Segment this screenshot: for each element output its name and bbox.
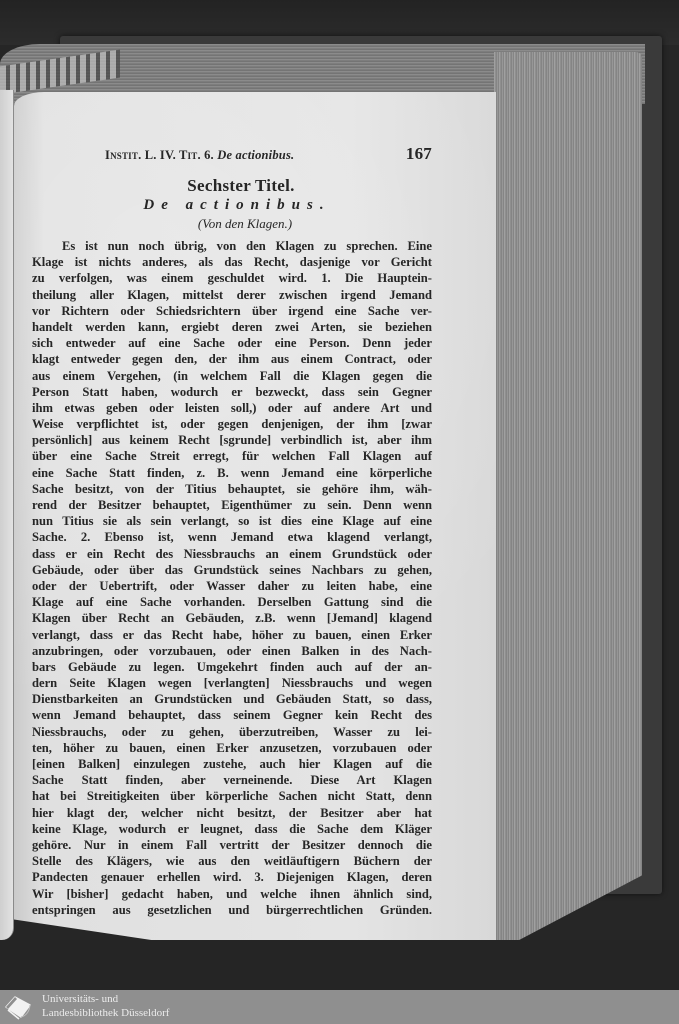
body-line: persönlich] aus keinem Recht [sgrunde] v… <box>32 432 432 448</box>
body-line: Niessbrauchs, oder zu gehen, überzutreib… <box>32 724 432 740</box>
body-line: Klage auf eine Sache vorhanden. Derselbe… <box>32 594 432 610</box>
body-line: Wir [bisher] gedacht haben, und welche i… <box>32 886 432 902</box>
body-line: Sache Statt finden, aber verneinende. Di… <box>32 772 432 788</box>
body-line: Klagen über Recht an Gebäuden, z.B. wenn… <box>32 610 432 626</box>
body-line: theilung aller Klagen, mittelst derer zw… <box>32 287 432 303</box>
body-line: dern Seite Klagen wegen [verlangten] Nie… <box>32 675 432 691</box>
body-line: bars Gebäude zu legen. Umgekehrt finden … <box>32 659 432 675</box>
body-line: ihm etwas geben oder leisten soll,) oder… <box>32 400 432 416</box>
body-line: Gebäude, oder über das Grundstück seines… <box>32 562 432 578</box>
scanned-book-image: Instit. L. IV. Tit. 6. De actionibus. 16… <box>0 0 679 990</box>
body-line: [einen Balken] einzulegen zustehe, auch … <box>32 756 432 772</box>
body-line: verlangt, dass er das Recht habe, höher … <box>32 627 432 643</box>
body-line: vor Richtern oder Schiedsrichtern über i… <box>32 303 432 319</box>
body-line: Dienstbarkeiten an Grundstücken und Gebä… <box>32 691 432 707</box>
body-line: Weise verpflichtet ist, oder gegen denje… <box>32 416 432 432</box>
body-line: keine Klage, wodurch er leugnet, dass di… <box>32 821 432 837</box>
previous-page-edge <box>0 90 14 940</box>
body-line: wenn Jemand behauptet, dass seinem Gegne… <box>32 707 432 723</box>
library-name-line1: Universitäts- und <box>42 993 118 1006</box>
body-text: Es ist nun noch übrig, von den Klagen zu… <box>32 238 432 918</box>
body-line: Person Statt haben, wodurch er bezweckt,… <box>32 384 432 400</box>
right-page-stack <box>494 52 642 947</box>
body-line: zu verfolgen, was einem geschuldet wird.… <box>32 270 432 286</box>
body-line: Stelle des Klägers, wie aus den weitläuf… <box>32 853 432 869</box>
body-line: hier klagt der, welcher nicht besitzt, d… <box>32 805 432 821</box>
body-line: eine Sache Statt finden, z. B. wenn Jema… <box>32 465 432 481</box>
open-book-icon <box>3 993 33 1021</box>
german-subtitle: (Von den Klagen.) <box>32 216 432 232</box>
body-line: handelt werden kann, ergiebt deren zwei … <box>32 319 432 335</box>
body-line: anzubringen, oder vorzubauen, oder einen… <box>32 643 432 659</box>
body-line: über eine Sache Streit erregt, für welch… <box>32 448 432 464</box>
body-line: hat bei Streitigkeiten über körperliche … <box>32 788 432 804</box>
body-line: sich entweder auf eine Sache oder eine P… <box>32 335 432 351</box>
page-content: Instit. L. IV. Tit. 6. De actionibus. 16… <box>32 144 432 918</box>
body-line: ten, höher zu bauen, einen Erker anzuset… <box>32 740 432 756</box>
bottom-shadow <box>0 940 679 990</box>
body-line: Pandecten genauer erhellen wird. 3. Diej… <box>32 869 432 885</box>
library-name-line2: Landesbibliothek Düsseldorf <box>42 1007 169 1020</box>
book-page: Instit. L. IV. Tit. 6. De actionibus. 16… <box>14 92 496 954</box>
body-line: gehöre. Nur in einem Fall vertritt der B… <box>32 837 432 853</box>
body-line: dass er ein Recht des Niessbrauchs an ei… <box>32 546 432 562</box>
running-head-title: Instit. L. IV. Tit. 6. De actionibus. <box>105 148 294 163</box>
latin-title: De actionibus. <box>32 197 432 214</box>
body-line: entspringen aus gesetzlichen und bürgerr… <box>32 902 432 918</box>
body-line: Sache besitzt, von der Titius behauptet,… <box>32 481 432 497</box>
body-line: aus einem Vergehen, (in welchem Fall die… <box>32 368 432 384</box>
running-head-caps: Instit. L. IV. Tit. 6. <box>105 148 214 162</box>
body-line: rend der Besitzer behauptet, Eigenthümer… <box>32 497 432 513</box>
chapter-title: Sechster Titel. <box>32 176 432 196</box>
body-line: klagt entweder gegen den, der ihm aus ei… <box>32 351 432 367</box>
running-head-italic: De actionibus. <box>217 148 294 162</box>
page-number: 167 <box>406 144 432 164</box>
body-line: Sache. 2. Ebenso ist, wenn Jemand etwa k… <box>32 529 432 545</box>
body-line: Klage ist nichts anderes, als das Recht,… <box>32 254 432 270</box>
running-head: Instit. L. IV. Tit. 6. De actionibus. 16… <box>32 144 432 166</box>
library-footer: Universitäts- und Landesbibliothek Düsse… <box>0 990 679 1024</box>
body-line: Es ist nun noch übrig, von den Klagen zu… <box>32 238 432 254</box>
body-line: nun Titius sie als sein verlangt, so ist… <box>32 513 432 529</box>
body-line: oder der Uebertrift, oder Wasser daher z… <box>32 578 432 594</box>
